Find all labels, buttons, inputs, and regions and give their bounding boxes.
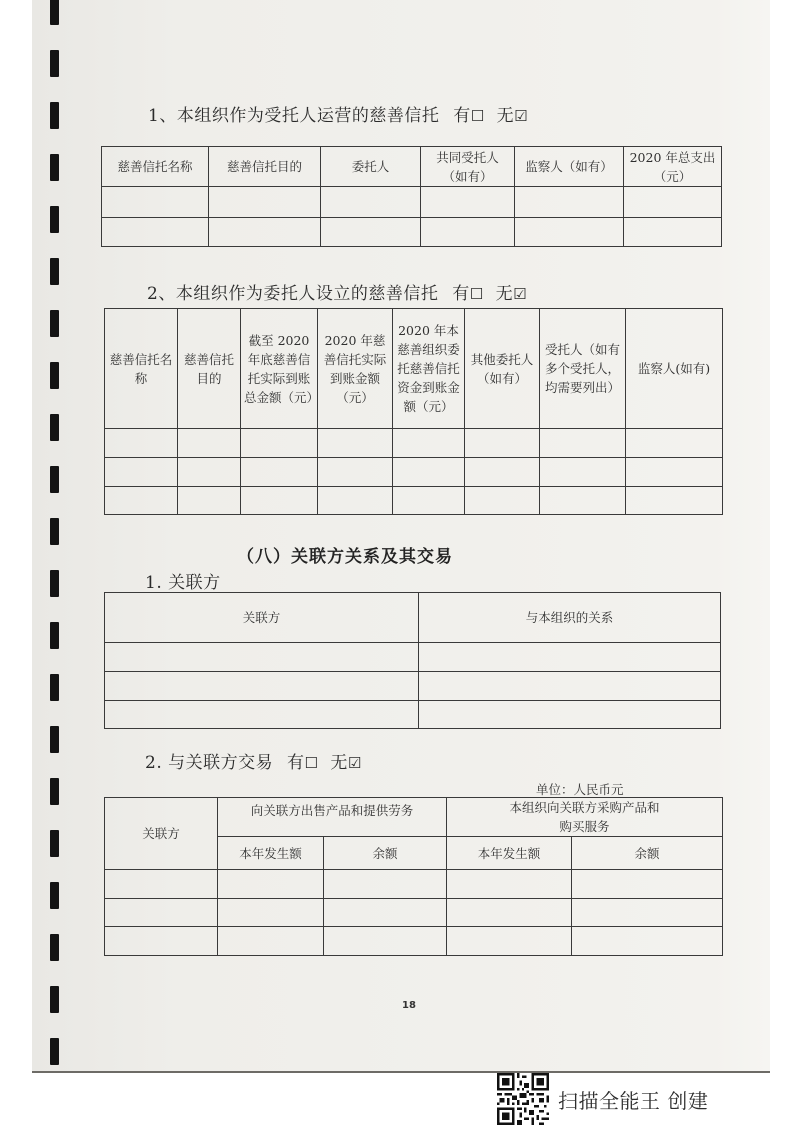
table-cell[interactable] xyxy=(465,458,540,487)
table-cell[interactable] xyxy=(209,218,321,247)
header-cell: 截至 2020 年底慈善信托实际到账总金额（元） xyxy=(241,309,318,429)
binding-hole xyxy=(50,102,59,129)
header-cell: 慈善信托名称 xyxy=(105,309,178,429)
table-cell[interactable] xyxy=(178,458,241,487)
table-cell[interactable] xyxy=(572,927,723,956)
page-number: 18 xyxy=(402,1000,416,1011)
option-no-label: 无 xyxy=(497,106,515,126)
checked-box-icon[interactable]: ☑ xyxy=(514,107,528,125)
header-cell: 向关联方出售产品和提供劳务 xyxy=(218,798,447,837)
table-cell[interactable] xyxy=(447,927,572,956)
table-row xyxy=(105,701,721,729)
table-row xyxy=(105,870,723,899)
table-row xyxy=(102,187,722,218)
binding-hole xyxy=(50,0,59,25)
table-cell[interactable] xyxy=(218,870,324,899)
option-yes-label: 有 xyxy=(453,106,471,126)
table-cell[interactable] xyxy=(321,187,421,218)
checked-box-icon[interactable]: ☑ xyxy=(348,754,362,772)
table-cell[interactable] xyxy=(393,458,465,487)
scanner-watermark-text: 扫描全能王 创建 xyxy=(558,1085,708,1114)
table-cell[interactable] xyxy=(465,429,540,458)
binding-hole xyxy=(50,934,59,961)
header-cell: 与本组织的关系 xyxy=(419,593,721,643)
header-cell: 慈善信托名称 xyxy=(102,147,209,187)
binding-hole xyxy=(50,674,59,701)
table-row xyxy=(105,429,723,458)
table-cell[interactable] xyxy=(105,458,178,487)
binding-hole xyxy=(50,154,59,181)
table-cell[interactable] xyxy=(105,870,218,899)
table-cell[interactable] xyxy=(102,218,209,247)
table-cell[interactable] xyxy=(105,701,419,729)
settlor-trusts-table: 慈善信托名称 慈善信托目的 截至 2020 年底慈善信托实际到账总金额（元） 2… xyxy=(104,308,723,515)
unchecked-box-icon[interactable]: ☐ xyxy=(470,285,484,303)
section1-heading: 1、本组织作为受托人运营的慈善信托 有☐ 无☑ xyxy=(148,101,528,126)
trustee-trusts-table: 慈善信托名称 慈善信托目的 委托人 共同受托人（如有） 监察人（如有） 2020… xyxy=(101,146,722,247)
header-cell: 慈善信托目的 xyxy=(178,309,241,429)
table-cell[interactable] xyxy=(209,187,321,218)
table-cell[interactable] xyxy=(324,870,447,899)
table-cell[interactable] xyxy=(324,927,447,956)
header-cell: 监察人（如有） xyxy=(515,147,624,187)
table-cell[interactable] xyxy=(318,487,393,515)
unit-label: 单位：人民币元 xyxy=(536,780,624,798)
table-header-row: 慈善信托名称 慈善信托目的 截至 2020 年底慈善信托实际到账总金额（元） 2… xyxy=(105,309,723,429)
table-cell[interactable] xyxy=(241,458,318,487)
binding-hole xyxy=(50,1038,59,1065)
table-header-row: 关联方 与本组织的关系 xyxy=(105,593,721,643)
header-cell: 2020 年慈善信托实际到账金额（元） xyxy=(318,309,393,429)
header-cell: 余额 xyxy=(324,837,447,870)
table-cell[interactable] xyxy=(218,927,324,956)
unchecked-box-icon[interactable]: ☐ xyxy=(305,754,319,772)
table-cell[interactable] xyxy=(105,487,178,515)
table-header-row: 关联方 向关联方出售产品和提供劳务 本组织向关联方采购产品和购买服务 xyxy=(105,798,723,837)
header-cell: 2020 年总支出（元） xyxy=(624,147,722,187)
binding-hole xyxy=(50,466,59,493)
section8-title: （八）关联方关系及其交易 xyxy=(237,542,453,567)
table-cell[interactable] xyxy=(321,218,421,247)
binding-hole xyxy=(50,310,59,337)
table-row xyxy=(105,487,723,515)
table-row xyxy=(105,672,721,701)
table-cell[interactable] xyxy=(318,458,393,487)
binding-hole xyxy=(50,414,59,441)
binding-hole xyxy=(50,726,59,753)
binding-hole xyxy=(50,50,59,77)
table-cell[interactable] xyxy=(626,429,723,458)
table-cell[interactable] xyxy=(465,487,540,515)
header-cell: 余额 xyxy=(572,837,723,870)
table-cell[interactable] xyxy=(419,643,721,672)
table-cell[interactable] xyxy=(318,429,393,458)
table-row xyxy=(105,458,723,487)
unchecked-box-icon[interactable]: ☐ xyxy=(471,107,485,125)
binding-hole xyxy=(50,258,59,285)
table-cell[interactable] xyxy=(421,218,515,247)
option-yes-label: 有 xyxy=(452,284,470,304)
binding-hole xyxy=(50,518,59,545)
table-cell[interactable] xyxy=(393,487,465,515)
binding-hole xyxy=(50,570,59,597)
table-cell[interactable] xyxy=(241,487,318,515)
table-cell[interactable] xyxy=(218,899,324,927)
table-cell[interactable] xyxy=(102,187,209,218)
option-yes-label: 有 xyxy=(287,753,305,773)
table-cell[interactable] xyxy=(515,187,624,218)
option-no-label: 无 xyxy=(496,284,514,304)
header-cell: 关联方 xyxy=(105,798,218,870)
section1-heading-text: 1、本组织作为受托人运营的慈善信托 xyxy=(148,106,439,126)
table-cell[interactable] xyxy=(178,429,241,458)
table-cell[interactable] xyxy=(105,643,419,672)
header-cell: 关联方 xyxy=(105,593,419,643)
table-cell[interactable] xyxy=(324,899,447,927)
table-cell[interactable] xyxy=(626,487,723,515)
option-no-label: 无 xyxy=(330,753,348,773)
header-cell: 委托人 xyxy=(321,147,421,187)
table-cell[interactable] xyxy=(515,218,624,247)
header-cell: 慈善信托目的 xyxy=(209,147,321,187)
section2-heading: 2、本组织作为委托人设立的慈善信托 有☐ 无☑ xyxy=(147,279,527,304)
binding-hole xyxy=(50,362,59,389)
binding-hole xyxy=(50,986,59,1013)
table-row xyxy=(105,927,723,956)
table-row xyxy=(105,899,723,927)
table-row xyxy=(102,218,722,247)
transactions-heading-text: 2. 与关联方交易 xyxy=(145,753,273,773)
checked-box-icon[interactable]: ☑ xyxy=(513,285,527,303)
header-cell: 本年发生额 xyxy=(218,837,324,870)
section2-heading-text: 2、本组织作为委托人设立的慈善信托 xyxy=(147,284,438,304)
table-row xyxy=(105,643,721,672)
table-cell[interactable] xyxy=(241,429,318,458)
table-cell[interactable] xyxy=(572,899,723,927)
table-cell[interactable] xyxy=(624,187,722,218)
binding-hole xyxy=(50,622,59,649)
binding-hole xyxy=(50,830,59,857)
table-cell[interactable] xyxy=(626,458,723,487)
binding-hole xyxy=(50,206,59,233)
table-cell[interactable] xyxy=(447,899,572,927)
table-cell[interactable] xyxy=(447,870,572,899)
header-cell: 受托人（如有多个受托人，均需要列出） xyxy=(540,309,626,429)
table-cell[interactable] xyxy=(105,899,218,927)
related-parties-heading: 1. 关联方 xyxy=(145,568,221,593)
table-cell[interactable] xyxy=(421,187,515,218)
table-cell[interactable] xyxy=(540,429,626,458)
table-cell[interactable] xyxy=(393,429,465,458)
related-parties-table: 关联方 与本组织的关系 xyxy=(104,592,721,729)
transactions-heading: 2. 与关联方交易 有☐ 无☑ xyxy=(145,748,362,773)
header-cell: 2020 年本慈善组织委托慈善信托资金到账金额（元） xyxy=(393,309,465,429)
related-transactions-table: 关联方 向关联方出售产品和提供劳务 本组织向关联方采购产品和购买服务 本年发生额… xyxy=(104,797,723,956)
qr-code-icon xyxy=(497,1073,549,1125)
binding-hole xyxy=(50,778,59,805)
table-cell[interactable] xyxy=(419,701,721,729)
binding-hole xyxy=(50,882,59,909)
table-cell[interactable] xyxy=(105,672,419,701)
header-cell: 本年发生额 xyxy=(447,837,572,870)
table-cell[interactable] xyxy=(419,672,721,701)
header-cell: 共同受托人（如有） xyxy=(421,147,515,187)
table-cell[interactable] xyxy=(572,870,723,899)
header-cell: 其他委托人（如有） xyxy=(465,309,540,429)
table-header-row: 慈善信托名称 慈善信托目的 委托人 共同受托人（如有） 监察人（如有） 2020… xyxy=(102,147,722,187)
table-cell[interactable] xyxy=(540,487,626,515)
table-cell[interactable] xyxy=(540,458,626,487)
table-cell[interactable] xyxy=(105,927,218,956)
header-cell: 监察人(如有) xyxy=(626,309,723,429)
table-cell[interactable] xyxy=(178,487,241,515)
table-cell[interactable] xyxy=(624,218,722,247)
table-cell[interactable] xyxy=(105,429,178,458)
header-cell: 本组织向关联方采购产品和购买服务 xyxy=(447,798,723,837)
